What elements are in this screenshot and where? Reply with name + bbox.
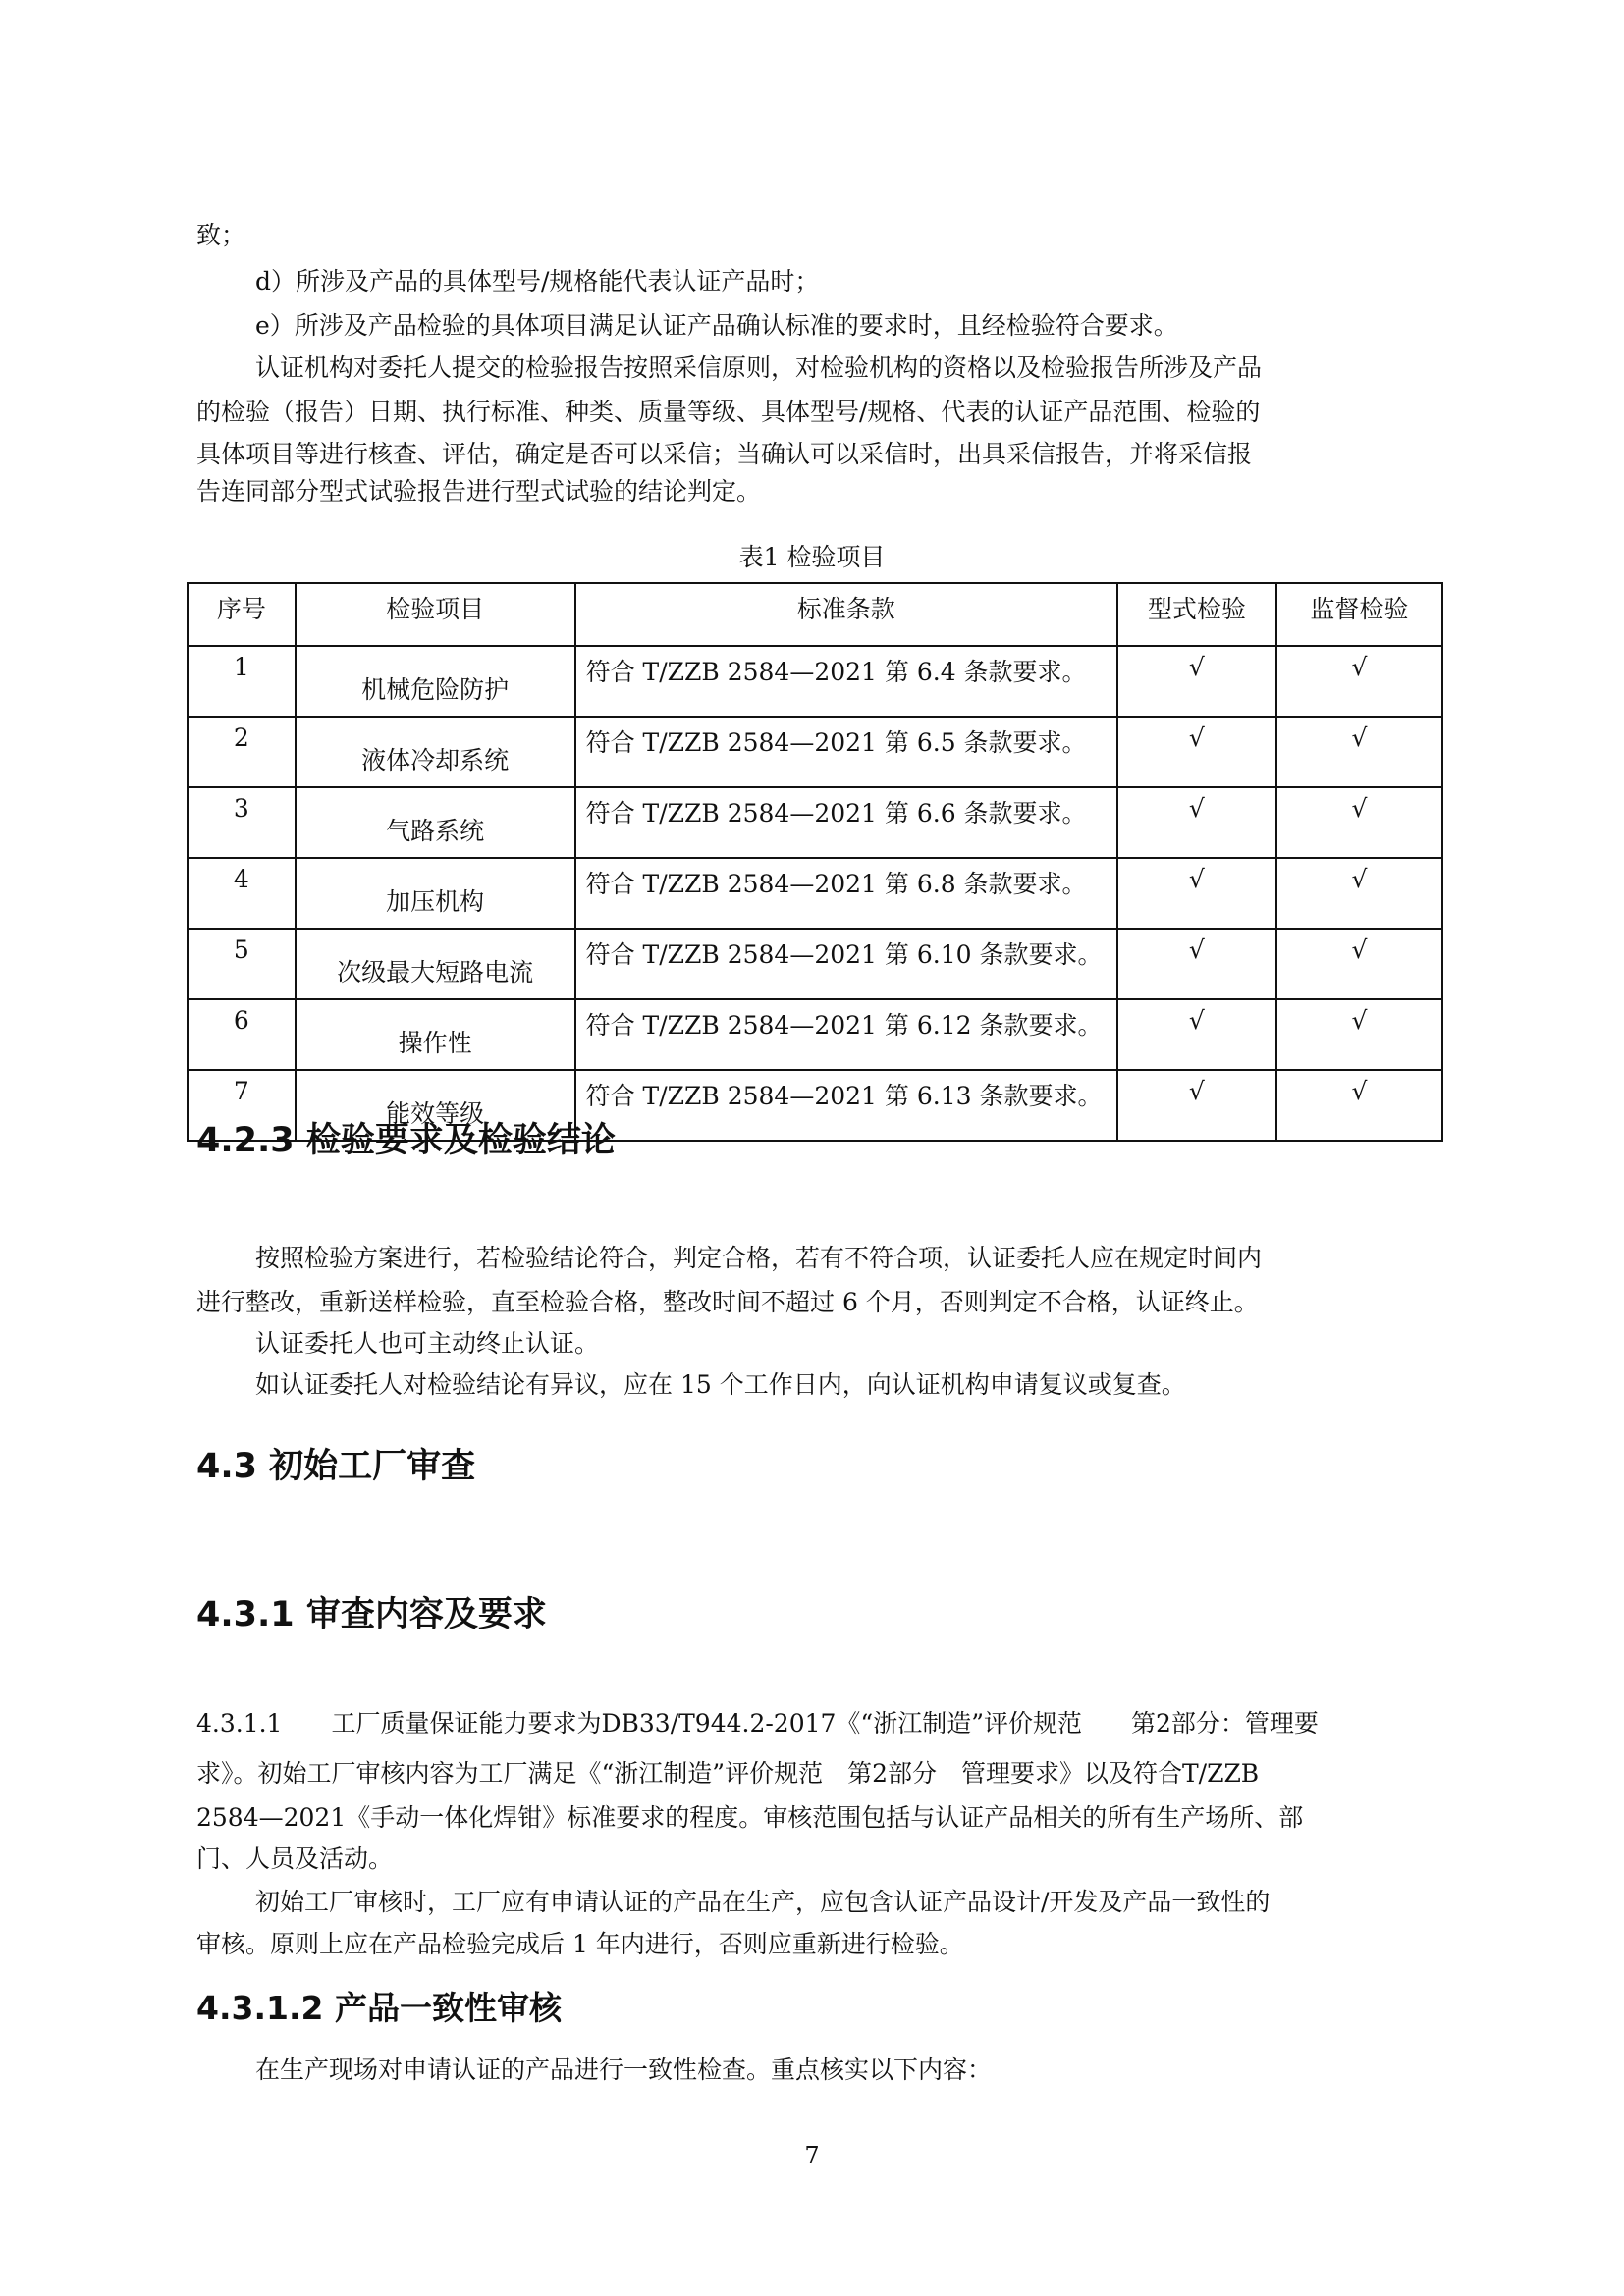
list-item-e: e）所涉及产品检验的具体项目满足认证产品确认标准的要求时，且经检验符合要求。: [255, 311, 1178, 341]
paragraph-line: 认证机构对委托人提交的检验报告按照采信原则，对检验机构的资格以及检验报告所涉及产…: [255, 353, 1262, 383]
check-icon: √: [1117, 929, 1276, 999]
cell-no: 4: [188, 858, 296, 929]
check-icon: √: [1276, 858, 1442, 929]
cell-no: 5: [188, 929, 296, 999]
header-type-test: 型式检验: [1117, 583, 1276, 646]
section-heading-4-3-1: 4.3.1 审查内容及要求: [196, 1595, 547, 1634]
check-icon: √: [1276, 1070, 1442, 1141]
paragraph-line: 在生产现场对申请认证的产品进行一致性检查。重点核实以下内容：: [255, 2056, 992, 2085]
cell-clause: 符合 T/ZZB 2584—2021 第 6.6 条款要求。: [575, 787, 1117, 858]
header-item: 检验项目: [296, 583, 575, 646]
check-icon: √: [1117, 787, 1276, 858]
table-row: 4 加压机构 符合 T/ZZB 2584—2021 第 6.8 条款要求。 √ …: [188, 858, 1442, 929]
header-no: 序号: [188, 583, 296, 646]
paragraph-line: 致；: [196, 221, 245, 250]
cell-item: 操作性: [296, 999, 575, 1070]
cell-clause: 符合 T/ZZB 2584—2021 第 6.4 条款要求。: [575, 646, 1117, 717]
cell-clause: 符合 T/ZZB 2584—2021 第 6.10 条款要求。: [575, 929, 1117, 999]
table-row: 6 操作性 符合 T/ZZB 2584—2021 第 6.12 条款要求。 √ …: [188, 999, 1442, 1070]
check-icon: √: [1276, 929, 1442, 999]
list-item-d: d）所涉及产品的具体型号/规格能代表认证产品时；: [255, 267, 819, 296]
check-icon: √: [1117, 646, 1276, 717]
paragraph-line: 告连同部分型式试验报告进行型式试验的结论判定。: [196, 477, 761, 507]
table-header-row: 序号 检验项目 标准条款 型式检验 监督检验: [188, 583, 1442, 646]
cell-clause: 符合 T/ZZB 2584—2021 第 6.5 条款要求。: [575, 717, 1117, 787]
check-icon: √: [1117, 717, 1276, 787]
paragraph-line: 门、人员及活动。: [196, 1844, 393, 1874]
cell-item: 机械危险防护: [296, 646, 575, 717]
page-number: 7: [0, 2142, 1624, 2169]
paragraph-line: 进行整改，重新送样检验，直至检验合格，整改时间不超过 6 个月，否则判定不合格，…: [196, 1288, 1259, 1317]
section-heading-4-3: 4.3 初始工厂审查: [196, 1447, 475, 1486]
cell-clause: 符合 T/ZZB 2584—2021 第 6.8 条款要求。: [575, 858, 1117, 929]
table-row: 2 液体冷却系统 符合 T/ZZB 2584—2021 第 6.5 条款要求。 …: [188, 717, 1442, 787]
cell-item: 次级最大短路电流: [296, 929, 575, 999]
cell-item: 气路系统: [296, 787, 575, 858]
paragraph-line: 如认证委托人对检验结论有异议，应在 15 个工作日内，向认证机构申请复议或复查。: [255, 1370, 1186, 1400]
cell-clause: 符合 T/ZZB 2584—2021 第 6.12 条款要求。: [575, 999, 1117, 1070]
check-icon: √: [1276, 717, 1442, 787]
cell-no: 2: [188, 717, 296, 787]
paragraph-line: 具体项目等进行核查、评估，确定是否可以采信；当确认可以采信时，出具采信报告，并将…: [196, 440, 1252, 469]
paragraph-line: 2584—2021《手动一体化焊钳》标准要求的程度。审核范围包括与认证产品相关的…: [196, 1803, 1303, 1833]
table-row: 1 机械危险防护 符合 T/ZZB 2584—2021 第 6.4 条款要求。 …: [188, 646, 1442, 717]
header-clause: 标准条款: [575, 583, 1117, 646]
paragraph-line: 4.3.1.1 工厂质量保证能力要求为DB33/T944.2-2017《“浙江制…: [196, 1709, 1319, 1738]
check-icon: √: [1276, 787, 1442, 858]
header-supervision-test: 监督检验: [1276, 583, 1442, 646]
check-icon: √: [1117, 1070, 1276, 1141]
table-caption: 表1 检验项目: [0, 538, 1624, 573]
check-icon: √: [1276, 999, 1442, 1070]
check-icon: √: [1117, 999, 1276, 1070]
check-icon: √: [1276, 646, 1442, 717]
cell-no: 1: [188, 646, 296, 717]
section-heading-4-2-3: 4.2.3 检验要求及检验结论: [196, 1121, 616, 1160]
paragraph-line: 初始工厂审核时，工厂应有申请认证的产品在生产，应包含认证产品设计/开发及产品一致…: [255, 1888, 1270, 1917]
paragraph-line: 按照检验方案进行，若检验结论符合，判定合格，若有不符合项，认证委托人应在规定时间…: [255, 1244, 1262, 1273]
inspection-items-table: 序号 检验项目 标准条款 型式检验 监督检验 1 机械危险防护 符合 T/ZZB…: [187, 582, 1443, 1142]
check-icon: √: [1117, 858, 1276, 929]
paragraph-line: 审核。原则上应在产品检验完成后 1 年内进行，否则应重新进行检验。: [196, 1930, 964, 1959]
table-row: 5 次级最大短路电流 符合 T/ZZB 2584—2021 第 6.10 条款要…: [188, 929, 1442, 999]
paragraph-line: 的检验（报告）日期、执行标准、种类、质量等级、具体型号/规格、代表的认证产品范围…: [196, 398, 1260, 427]
cell-clause: 符合 T/ZZB 2584—2021 第 6.13 条款要求。: [575, 1070, 1117, 1141]
paragraph-line: 认证委托人也可主动终止认证。: [255, 1329, 599, 1359]
cell-no: 3: [188, 787, 296, 858]
cell-item: 液体冷却系统: [296, 717, 575, 787]
table-row: 3 气路系统 符合 T/ZZB 2584—2021 第 6.6 条款要求。 √ …: [188, 787, 1442, 858]
paragraph-line: 求》。初始工厂审核内容为工厂满足《“浙江制造”评价规范 第2部分 管理要求》以及…: [196, 1759, 1259, 1789]
section-heading-4-3-1-2: 4.3.1.2 产品一致性审核: [196, 1989, 562, 2028]
cell-no: 6: [188, 999, 296, 1070]
cell-item: 加压机构: [296, 858, 575, 929]
